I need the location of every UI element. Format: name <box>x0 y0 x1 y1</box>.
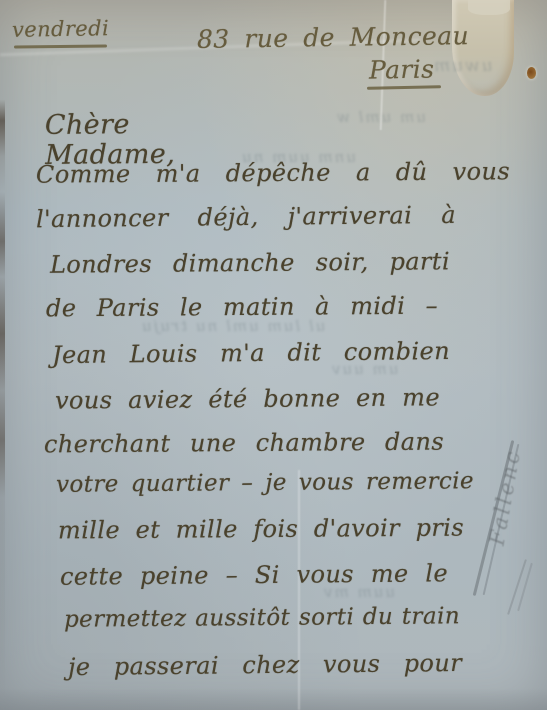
bleed-through-text: um uml w <box>335 108 426 126</box>
letter-line: Jean Louis m'a dit combien <box>52 338 450 369</box>
letter-page: uwum um uml w unm uum nu ul lum uml nu t… <box>0 0 547 710</box>
letter-line: cherchant une chambre dans <box>44 429 444 458</box>
letter-line: mille et mille fois d'avoir pris <box>58 515 464 544</box>
letter-line: permettez aussitôt sorti du train <box>64 604 460 633</box>
underline-stroke-day <box>14 45 107 49</box>
paper-chip-top-edge <box>468 0 510 15</box>
letter-line: Londres dimanche soir, parti <box>50 248 450 278</box>
bleed-through-text: uwum <box>432 56 493 76</box>
paper-hole <box>527 67 536 79</box>
letter-line: votre quartier – je vous remercie <box>56 469 474 498</box>
letter-day-line: vendredi <box>12 17 110 42</box>
paper-left-edge <box>0 0 5 710</box>
letter-address-line: 83 rue de Monceau <box>197 22 469 53</box>
pencil-mark-bottom-right <box>517 563 533 612</box>
letter-line: de Paris le matin à midi – <box>46 293 438 322</box>
letter-city-line: Paris <box>369 55 439 84</box>
underline-stroke-city <box>367 85 441 90</box>
letter-line: cette peine – Si vous me le <box>60 560 448 590</box>
paper-bottom-shade <box>0 688 547 710</box>
letter-line: l'annoncer déjà, j'arriverai à <box>36 202 456 233</box>
letter-line: Comme m'a dépêche a dû vous <box>36 158 510 188</box>
letter-line: je passerai chez vous pour <box>68 650 462 681</box>
letter-line: vous aviez été bonne en me <box>55 384 440 414</box>
